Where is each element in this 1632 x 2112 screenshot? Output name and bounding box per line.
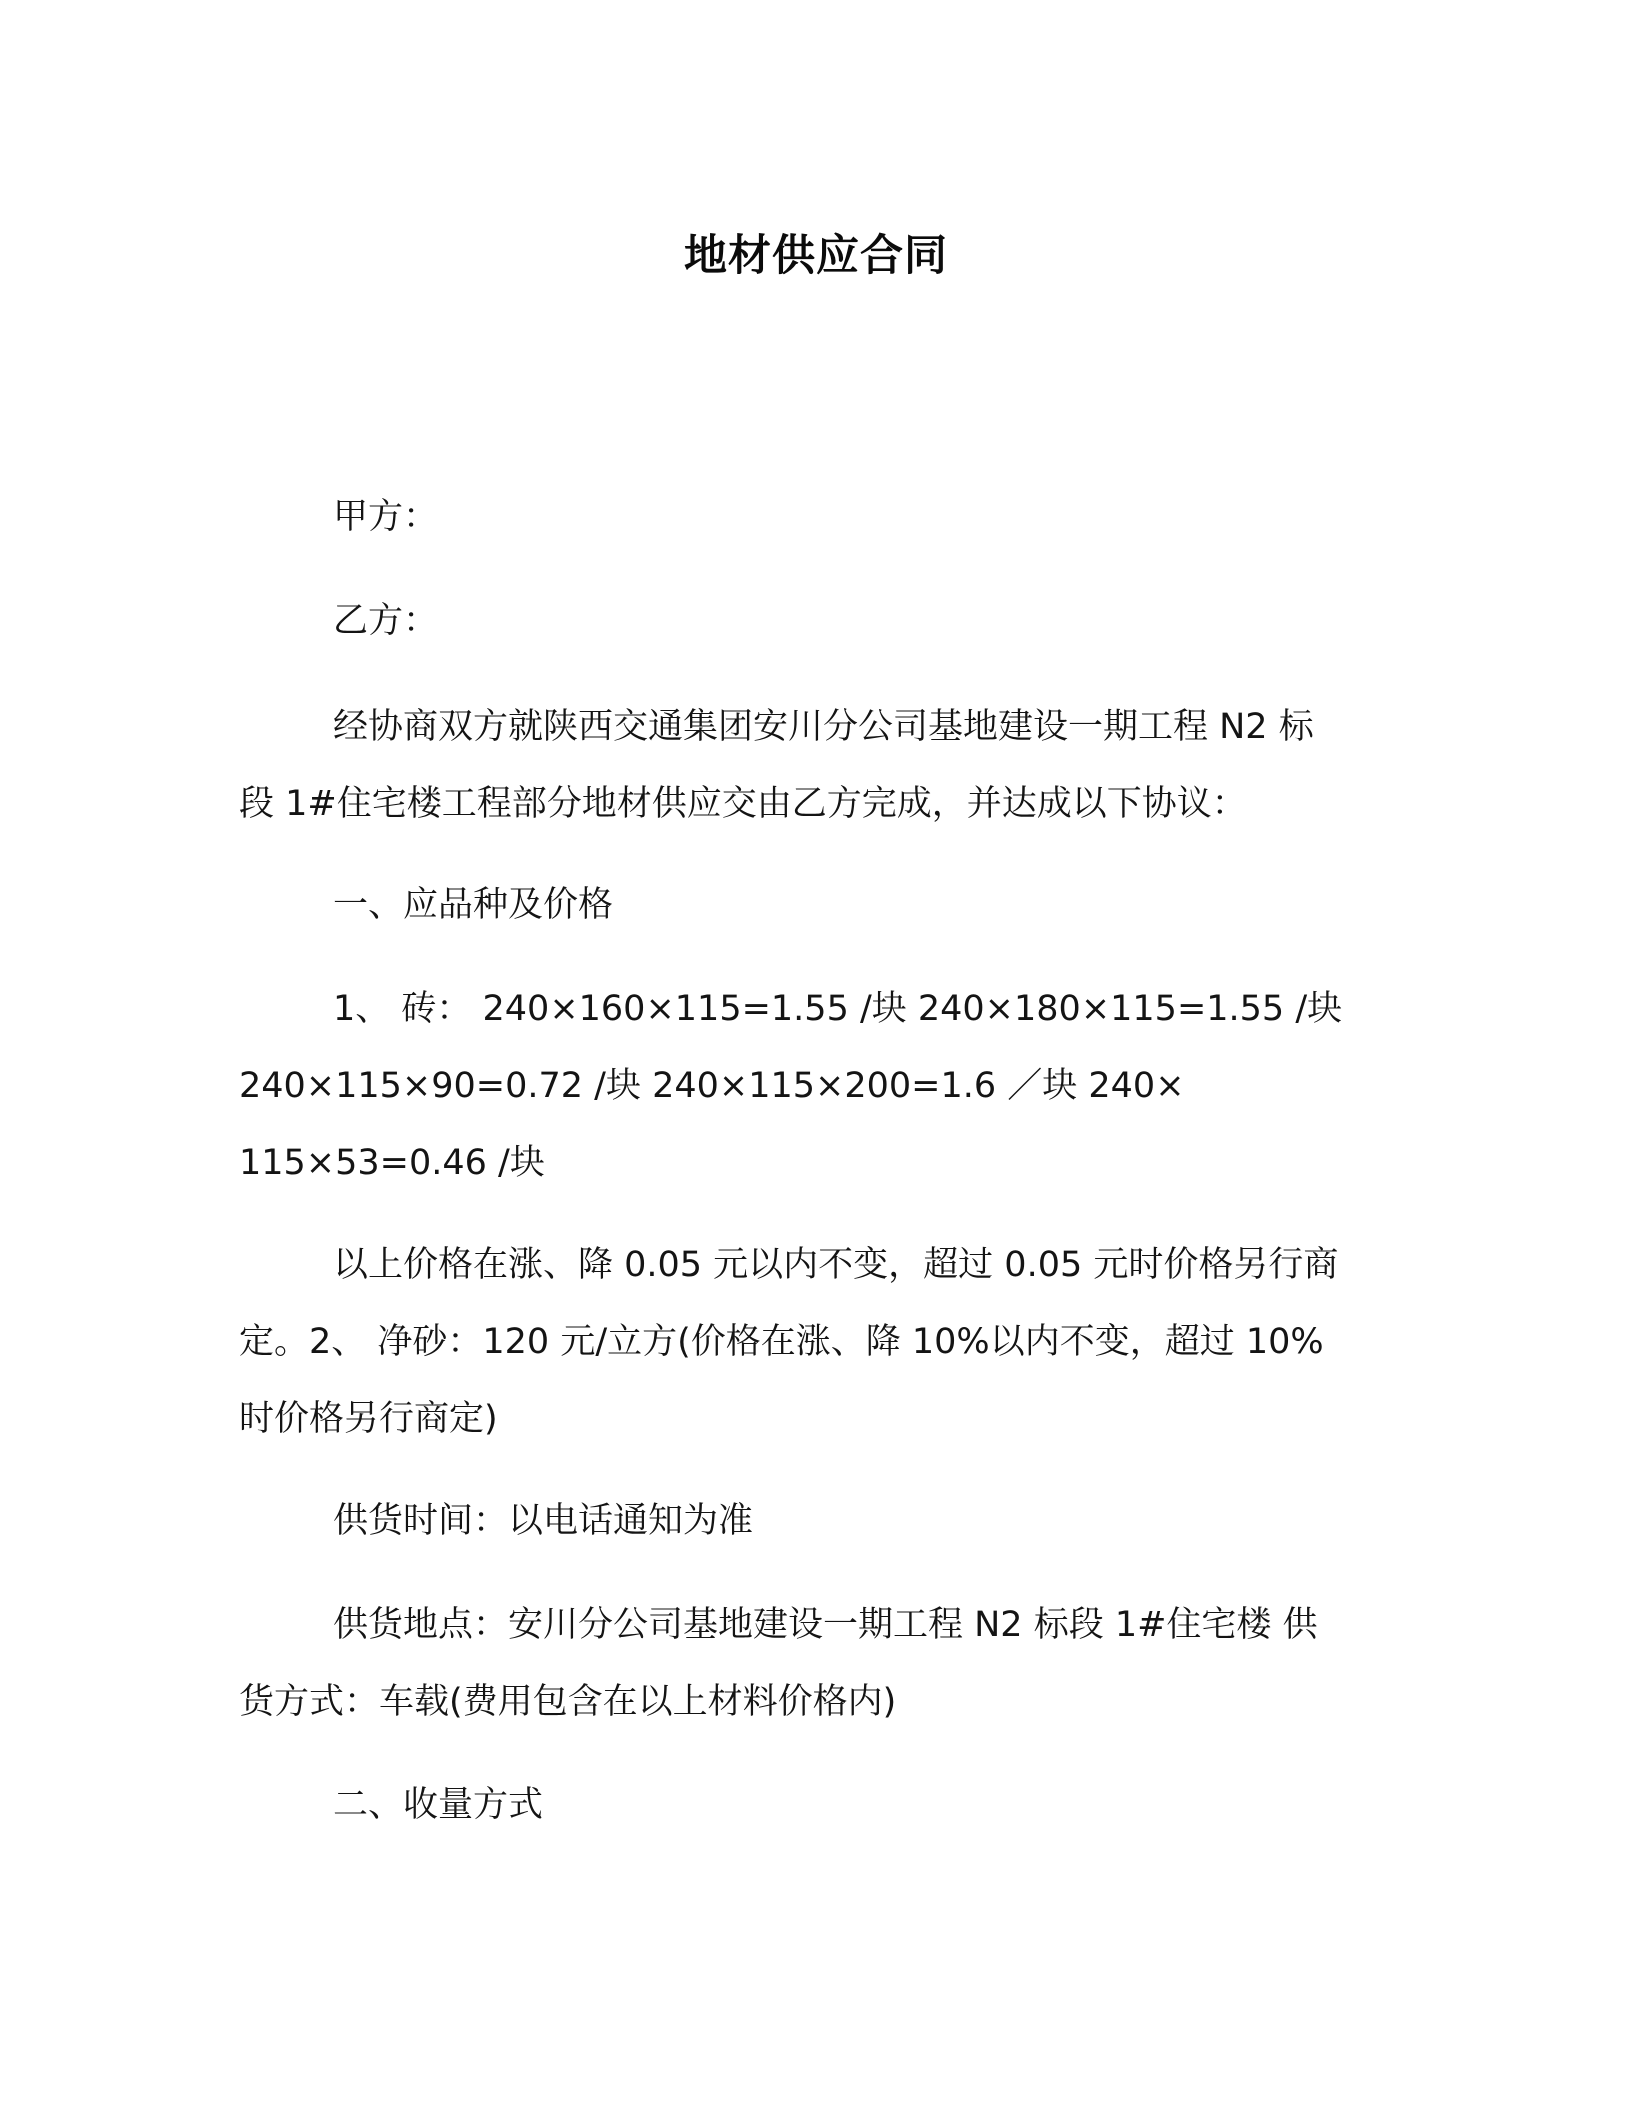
document-page: 地材供应合同 甲方： 乙方： 经协商双方就陕西交通集团安川分公司基地建设一期工程… (0, 0, 1632, 2112)
document-title: 地材供应合同 (0, 222, 1632, 283)
section-2-heading: 二、收量方式 (333, 1784, 543, 1826)
brick-price-line-1: 1、 砖： 240×160×115=1.55 /块 240×180×115=1.… (333, 988, 1342, 1030)
brick-price-line-3: 115×53=0.46 /块 (239, 1142, 545, 1184)
supply-place-line-2: 货方式：车载(费用包含在以上材料价格内) (239, 1681, 896, 1723)
party-b-label: 乙方： (333, 600, 438, 642)
brick-price-line-2: 240×115×90=0.72 /块 240×115×200=1.6 ／块 24… (239, 1065, 1185, 1107)
party-a-label: 甲方： (333, 496, 438, 538)
supply-place-line-1: 供货地点：安川分公司基地建设一期工程 N2 标段 1#住宅楼 供 (333, 1604, 1318, 1646)
price-note-line-3: 时价格另行商定) (239, 1398, 498, 1440)
intro-line-2: 段 1#住宅楼工程部分地材供应交由乙方完成，并达成以下协议： (239, 783, 1247, 825)
supply-time: 供货时间：以电话通知为准 (333, 1500, 753, 1542)
price-note-line-2: 定。2、 净砂：120 元/立方(价格在涨、降 10%以内不变，超过 10% (239, 1321, 1324, 1363)
intro-line-1: 经协商双方就陕西交通集团安川分公司基地建设一期工程 N2 标 (333, 706, 1314, 748)
price-note-line-1: 以上价格在涨、降 0.05 元以内不变，超过 0.05 元时价格另行商 (333, 1244, 1338, 1286)
section-1-heading: 一、应品种及价格 (333, 884, 613, 926)
